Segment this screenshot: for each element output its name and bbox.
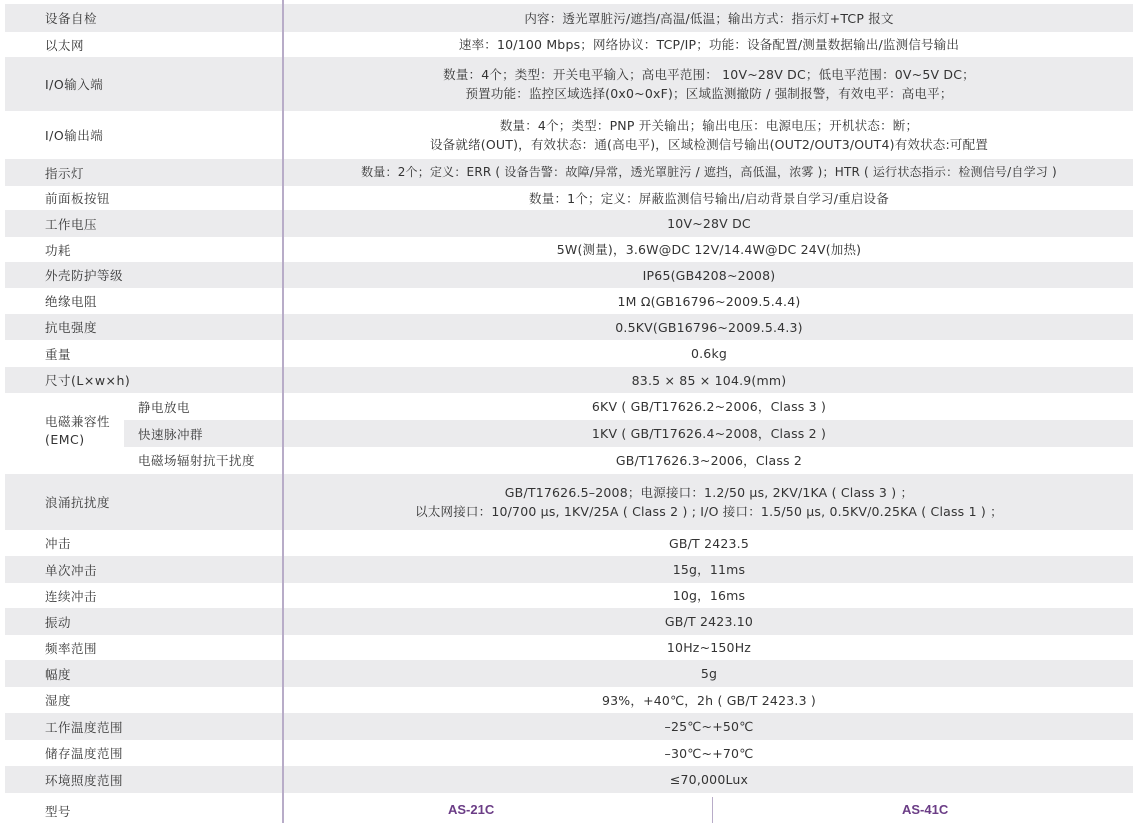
spec-row-ip-rating: 外壳防护等级 IP65(GB4208~2008): [5, 262, 1133, 288]
spec-value: 0.5KV(GB16796~2009.5.4.3): [285, 318, 1133, 337]
spec-row-io-input: I/O输入端 数量：4个；类型：开关电平输入；高电平范围： 10V~28V DC…: [5, 57, 1133, 111]
spec-row-storage-temp: 储存温度范围 –30℃~+70℃: [5, 740, 1133, 766]
spec-label: 绝缘电阻: [45, 292, 97, 310]
spec-row-insulation: 绝缘电阻 1M Ω(GB16796~2009.5.4.4): [5, 288, 1133, 314]
emc-group: 电磁兼容性 (EMC) 静电放电 6KV ( GB/T17626.2~2006，…: [5, 393, 1133, 473]
spec-row-shock: 冲击 GB/T 2423.5: [5, 530, 1133, 556]
spec-row-surge: 浪涌抗扰度 GB/T17626.5–2008；电源接口：1.2/50 μs, 2…: [5, 474, 1133, 530]
spec-label: 浪涌抗扰度: [45, 493, 110, 511]
spec-value: 5g: [285, 664, 1133, 683]
spec-label: 设备自检: [45, 9, 97, 27]
spec-value: –25℃~+50℃: [285, 717, 1133, 736]
spec-value: –30℃~+70℃: [285, 744, 1133, 763]
spec-row-dimensions: 尺寸(L×w×h) 83.5 × 85 × 104.9(mm): [5, 367, 1133, 393]
spec-label: 环境照度范围: [45, 771, 123, 789]
spec-value: 15g，11ms: [285, 560, 1133, 579]
spec-label: 工作电压: [45, 215, 97, 233]
spec-row-operating-temp: 工作温度范围 –25℃~+50℃: [5, 713, 1133, 740]
spec-label: 抗电强度: [45, 318, 97, 336]
spec-value: 数量：2个；定义：ERR ( 设备告警：故障/异常，透光罩脏污 / 遮挡，高低温…: [285, 163, 1133, 182]
spec-row-power: 功耗 5W(测量)，3.6W@DC 12V/14.4W@DC 24V(加热): [5, 237, 1133, 262]
emc-row-esd: 静电放电 6KV ( GB/T17626.2~2006，Class 3 ): [124, 393, 1133, 420]
column-divider: [282, 0, 284, 823]
spec-value: 数量：1个；定义：屏蔽监测信号输出/启动背景自学习/重启设备: [285, 189, 1133, 208]
spec-label: 频率范围: [45, 639, 97, 657]
spec-value: 10V~28V DC: [285, 214, 1133, 233]
spec-value: 数量：4个；类型：PNP 开关输出；输出电压：电源电压；开机状态：断； 设备就绪…: [285, 116, 1133, 154]
spec-label: I/O输出端: [45, 126, 103, 144]
emc-sublabel: 静电放电: [138, 398, 190, 416]
emc-value: 6KV ( GB/T17626.2~2006，Class 3 ): [285, 397, 1133, 416]
spec-row-continuous-shock: 连续冲击 10g，16ms: [5, 583, 1133, 608]
spec-value: 1M Ω(GB16796~2009.5.4.4): [285, 292, 1133, 311]
spec-label: 功耗: [45, 241, 71, 259]
emc-value: 1KV ( GB/T17626.4~2008，Class 2 ): [285, 424, 1133, 443]
emc-sublabel: 快速脉冲群: [138, 425, 203, 443]
spec-row-self-check: 设备自检 内容：透光罩脏污/遮挡/高温/低温；输出方式：指示灯+TCP 报文: [5, 4, 1133, 32]
spec-value: 93%，+40℃，2h ( GB/T 2423.3 ): [285, 691, 1133, 710]
spec-value: 10g，16ms: [285, 586, 1133, 605]
spec-row-vibration: 振动 GB/T 2423.10: [5, 608, 1133, 635]
spec-label: 幅度: [45, 665, 71, 683]
spec-value: 0.6kg: [285, 344, 1133, 363]
spec-row-front-button: 前面板按钮 数量：1个；定义：屏蔽监测信号输出/启动背景自学习/重启设备: [5, 186, 1133, 210]
spec-row-weight: 重量 0.6kg: [5, 340, 1133, 367]
spec-label: 连续冲击: [45, 587, 97, 605]
spec-row-ethernet: 以太网 速率：10/100 Mbps；网络协议：TCP/IP；功能：设备配置/测…: [5, 32, 1133, 57]
spec-label: 重量: [45, 345, 71, 363]
emc-value: GB/T17626.3~2006，Class 2: [285, 451, 1133, 470]
spec-row-frequency: 频率范围 10Hz~150Hz: [5, 635, 1133, 660]
model-label: 型号: [45, 802, 71, 820]
spec-value: 10Hz~150Hz: [285, 638, 1133, 657]
spec-value: 数量：4个；类型：开关电平输入；高电平范围： 10V~28V DC；低电平范围：…: [285, 65, 1133, 103]
spec-row-humidity: 湿度 93%，+40℃，2h ( GB/T 2423.3 ): [5, 687, 1133, 713]
spec-value-line1: 数量：4个；类型：PNP 开关输出；输出电压：电源电压；开机状态：断；: [285, 116, 1133, 135]
spec-value: ≤70,000Lux: [285, 770, 1133, 789]
spec-value: 内容：透光罩脏污/遮挡/高温/低温；输出方式：指示灯+TCP 报文: [285, 9, 1133, 28]
spec-label: 以太网: [45, 36, 84, 54]
spec-label: 冲击: [45, 534, 71, 552]
emc-label-line2: (EMC): [45, 431, 110, 449]
emc-row-radiated: 电磁场辐射抗干扰度 GB/T17626.3~2006，Class 2: [124, 447, 1133, 473]
spec-label: 前面板按钮: [45, 189, 110, 207]
spec-value: 83.5 × 85 × 104.9(mm): [285, 371, 1133, 390]
spec-row-single-shock: 单次冲击 15g，11ms: [5, 556, 1133, 583]
spec-value-line2: 以太网接口：10/700 μs, 1KV/25A ( Class 2 ) ; I…: [285, 502, 1133, 521]
spec-value-line1: GB/T17626.5–2008；电源接口：1.2/50 μs, 2KV/1KA…: [285, 483, 1133, 502]
spec-row-dielectric: 抗电强度 0.5KV(GB16796~2009.5.4.3): [5, 314, 1133, 340]
spec-row-amplitude: 幅度 5g: [5, 660, 1133, 687]
spec-label: 工作温度范围: [45, 718, 123, 736]
emc-label: 电磁兼容性 (EMC): [45, 413, 110, 449]
spec-value: 速率：10/100 Mbps；网络协议：TCP/IP；功能：设备配置/测量数据输…: [285, 35, 1133, 54]
spec-row-indicator: 指示灯 数量：2个；定义：ERR ( 设备告警：故障/异常，透光罩脏污 / 遮挡…: [5, 159, 1133, 186]
spec-value: IP65(GB4208~2008): [285, 266, 1133, 285]
spec-label: 指示灯: [45, 164, 84, 182]
emc-sublabel: 电磁场辐射抗干扰度: [138, 451, 255, 469]
spec-label: 外壳防护等级: [45, 266, 123, 284]
spec-label: 振动: [45, 613, 71, 631]
spec-value: GB/T 2423.10: [285, 612, 1133, 631]
model-as-21c: AS-21C: [448, 802, 494, 817]
spec-value-line2: 预置功能：监控区域选择(0x0~0xF)；区域监测撤防 / 强制报警，有效电平：…: [285, 84, 1133, 103]
spec-label: 储存温度范围: [45, 744, 123, 762]
model-row: 型号 AS-21C AS-41C: [5, 797, 1133, 823]
spec-label: 湿度: [45, 691, 71, 709]
spec-row-voltage: 工作电压 10V~28V DC: [5, 210, 1133, 237]
spec-label: 单次冲击: [45, 561, 97, 579]
model-as-41c: AS-41C: [902, 802, 948, 817]
model-divider: [712, 797, 713, 823]
spec-label: I/O输入端: [45, 75, 103, 93]
spec-value: GB/T17626.5–2008；电源接口：1.2/50 μs, 2KV/1KA…: [285, 483, 1133, 521]
emc-row-eft: 快速脉冲群 1KV ( GB/T17626.4~2008，Class 2 ): [124, 420, 1133, 447]
spec-label: 尺寸(L×w×h): [45, 371, 130, 389]
spec-value: 5W(测量)，3.6W@DC 12V/14.4W@DC 24V(加热): [285, 240, 1133, 259]
spec-value-line1: 数量：4个；类型：开关电平输入；高电平范围： 10V~28V DC；低电平范围：…: [285, 65, 1133, 84]
emc-label-line1: 电磁兼容性: [45, 413, 110, 431]
spec-row-ambient-light: 环境照度范围 ≤70,000Lux: [5, 766, 1133, 793]
spec-value: GB/T 2423.5: [285, 534, 1133, 553]
spec-value-line2: 设备就绪(OUT)，有效状态：通(高电平)，区域检测信号输出(OUT2/OUT3…: [285, 135, 1133, 154]
spec-row-io-output: I/O输出端 数量：4个；类型：PNP 开关输出；输出电压：电源电压；开机状态：…: [5, 111, 1133, 158]
